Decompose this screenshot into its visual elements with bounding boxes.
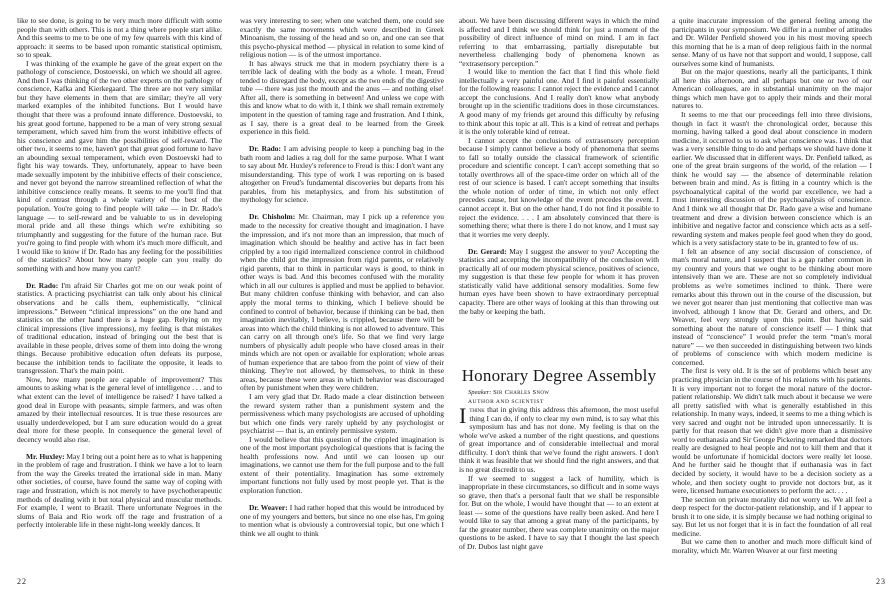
opening-paragraph: Ithink that in giving this address this … <box>459 406 659 474</box>
paragraph: But on the major questions, nearly all t… <box>672 68 872 111</box>
speaker-name: Sir Charles Snow <box>493 389 549 396</box>
paragraph: I would believe that this question of th… <box>240 436 444 496</box>
drop-cap: I <box>459 407 466 424</box>
page-number: 23 <box>876 577 886 586</box>
speaker-paragraph: Dr. Rado: I am advising people to keep a… <box>240 145 444 205</box>
paragraph: about. We have been discussing different… <box>459 17 659 68</box>
speaker-paragraph: Dr. Gerard: May I suggest the answer to … <box>459 248 659 316</box>
paragraph: It has always struck me that in modern p… <box>240 60 444 137</box>
paragraph: I am very glad that Dr. Rado made a clea… <box>240 393 444 436</box>
paragraph: The section on private morality did not … <box>672 496 872 539</box>
paragraph: was very interesting to see; when one wa… <box>240 17 444 60</box>
speaker-text: I am advising people to keep a punching … <box>240 144 444 204</box>
paragraph: If we seemed to suggest a lack of humili… <box>459 475 659 552</box>
speaker-paragraph: Dr. Rado: I'm afraid Sir Charles got me … <box>17 282 222 376</box>
speaker-text: May I suggest the answer to you? Accepti… <box>459 247 659 316</box>
speaker-text: May I bring out a point here as to what … <box>17 452 222 529</box>
speaker-paragraph: Mr. Huxley: May I bring out a point here… <box>17 453 222 530</box>
paragraph: It seems to me that our proceedings fell… <box>672 111 872 248</box>
paragraph: a quite inaccurate impression of the gen… <box>672 17 872 68</box>
speaker-label: Speaker: <box>468 389 491 396</box>
paragraph: I was thinking of the example he gave of… <box>17 60 222 274</box>
paragraph: like to see done, is going to be very mu… <box>17 17 222 60</box>
paragraph: I felt an absence of any social discussi… <box>672 248 872 368</box>
paragraph: I would like to mention the fact that I … <box>459 68 659 136</box>
left-page-column-2: was very interesting to see; when one wa… <box>240 17 444 538</box>
right-page: about. We have been discussing different… <box>448 0 896 600</box>
left-page-column-1: like to see done, is going to be very mu… <box>17 17 222 530</box>
left-page: like to see done, is going to be very mu… <box>0 0 448 600</box>
speaker-line: Speaker: Sir Charles Snow <box>459 389 659 398</box>
paragraph: Now, how many people are capable of impr… <box>17 376 222 444</box>
paragraph-text: that in giving this address this afterno… <box>459 405 659 474</box>
paragraph: I cannot accept the conclusions of extra… <box>459 137 659 240</box>
paragraph: The first is very old. It is the set of … <box>672 367 872 495</box>
section-title: Honorary Degree Assembly <box>459 366 659 386</box>
right-page-column-2: a quite inaccurate impression of the gen… <box>672 17 872 555</box>
right-page-column-1: about. We have been discussing different… <box>459 17 659 551</box>
speaker-paragraph: Dr. Chisholm: Mr. Chairman, may I pick u… <box>240 213 444 392</box>
page-number: 22 <box>17 577 27 586</box>
speaker-text: I'm afraid Sir Charles got me on our wea… <box>17 281 222 375</box>
paragraph: But we came then to another and much mor… <box>672 538 872 555</box>
speaker-text: Mr. Chairman, may I pick up a reference … <box>240 212 444 392</box>
speaker-paragraph: Dr. Weaver: I had rather hoped that this… <box>240 504 444 538</box>
